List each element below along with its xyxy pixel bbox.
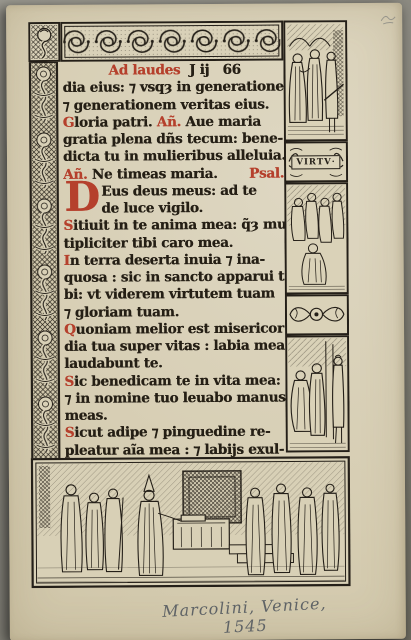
text-line: dia eius: ⁊ vsqȝ in generatione xyxy=(63,79,284,98)
virtv-label: VIRTV· xyxy=(291,155,340,169)
text-line: meas. xyxy=(65,407,286,426)
text-line: In terra deserta inuia ⁊ ina- xyxy=(64,251,285,270)
bottom-woodcut-scene xyxy=(31,456,351,588)
text-line: ⁊ gloriam tuam. xyxy=(64,303,285,322)
text-line: quosa : sic in sancto apparui ti- xyxy=(64,269,285,288)
printed-leaf: VIRTV· xyxy=(6,3,406,640)
text-line: Sicut adipe ⁊ pinguedine re- xyxy=(65,424,286,443)
right-panel-figures-bottom xyxy=(285,335,350,452)
text-line: dicta tu in mulieribus alleluia. xyxy=(63,148,284,167)
pencil-squiggle xyxy=(378,11,398,27)
text-line: gratia plena dñs tecum: bene- xyxy=(63,131,284,150)
text-line: tipliciter tibi caro mea. xyxy=(63,234,284,253)
text-line: bi: vt viderem virtutem tuam xyxy=(64,286,285,305)
virtv-cartouche: VIRTV· xyxy=(284,141,348,182)
top-frieze-woodcut xyxy=(60,21,283,62)
corner-ornament-woodcut xyxy=(28,22,60,62)
right-border-woodcut: VIRTV· xyxy=(283,20,350,452)
drop-cap-initial: D xyxy=(64,181,100,216)
text-lines: Ad laudes J ij 66dia eius: ⁊ vsqȝ in gen… xyxy=(62,62,285,460)
text-line: ⁊ generationem veritas eius. xyxy=(63,96,284,115)
text-line: Gloria patri. Añ. Aue maria xyxy=(63,113,284,132)
text-line: laudabunt te. xyxy=(64,355,285,374)
text-line: dia tua super vitas : labia mea xyxy=(64,338,285,357)
text-line: Sic benedicam te in vita mea: xyxy=(64,372,285,391)
handwritten-annotation: Marcolini, Venice, 1545 xyxy=(137,592,353,640)
text-line: Ad laudes J ij 66 xyxy=(62,62,283,81)
left-border-woodcut xyxy=(28,62,60,460)
text-block: Ad laudes J ij 66dia eius: ⁊ vsqȝ in gen… xyxy=(62,62,285,461)
text-line: ⁊ in nomine tuo leuabo manus xyxy=(64,389,285,408)
right-panel-figures-top xyxy=(283,20,348,141)
right-panel-figures-middle xyxy=(284,182,349,294)
floral-cartouche xyxy=(285,294,349,335)
text-line: Quoniam melior est misericor xyxy=(64,320,285,339)
